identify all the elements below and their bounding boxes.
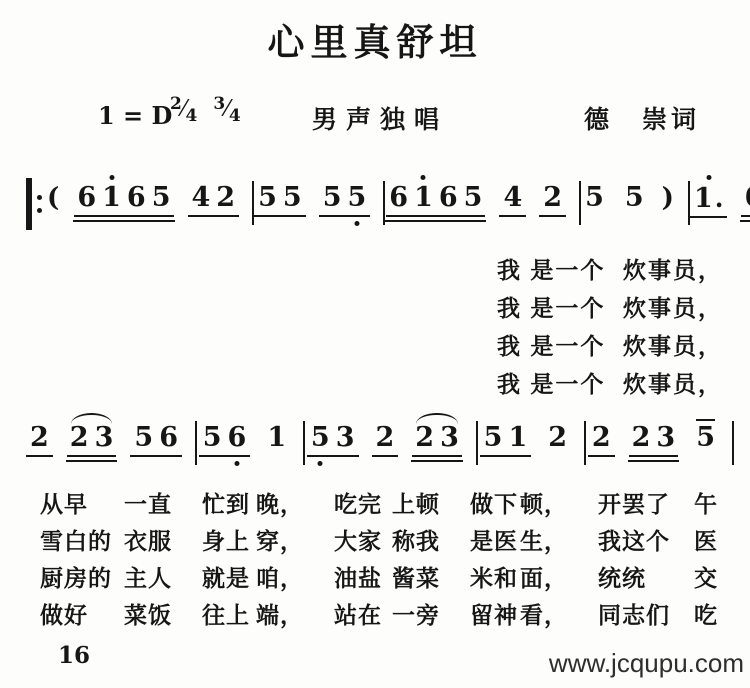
- meta-row: 1 = D 2⁄43⁄4 男声独唱 德 崇词: [0, 97, 750, 139]
- refrain-text: 炊事员，: [623, 366, 723, 396]
- beam-group: 2: [26, 424, 53, 457]
- lyric-word: 做下: [470, 490, 518, 518]
- note: 6: [225, 424, 250, 452]
- note: 1.: [691, 184, 727, 213]
- lyric-cell: 做下顿，: [470, 490, 568, 518]
- key-signature: 1 = D: [98, 101, 172, 130]
- music-system-1: (616542555561654255)1.6531653: [26, 184, 734, 244]
- note: 2: [629, 424, 654, 452]
- beam-group: 51: [480, 424, 532, 457]
- refrain-text: 我 是一个: [497, 290, 605, 320]
- page-number: 16: [58, 642, 90, 669]
- measure: 561: [199, 424, 305, 465]
- beam-group: 55: [254, 184, 306, 217]
- measure: 512: [480, 424, 586, 465]
- note: 5: [308, 424, 333, 452]
- second-beam: 23: [67, 424, 117, 457]
- lyric-word: 吃完: [334, 490, 382, 518]
- lyric-cell: 站在一旁: [334, 601, 440, 629]
- beam-group: 1: [263, 424, 290, 452]
- lyric-cell: 同志们吃: [598, 601, 718, 629]
- note: 2: [67, 424, 92, 452]
- refrain-row: 我 是一个 炊事员，: [497, 290, 723, 320]
- note: 3: [333, 424, 358, 452]
- lyric-word: 油盐: [334, 564, 382, 592]
- note: 5: [582, 184, 607, 212]
- lyric-word: 午: [694, 490, 718, 518]
- beam-group: 6165: [73, 184, 174, 222]
- beam-group: 53: [307, 424, 359, 457]
- lyric-cell: 吃完上顿: [334, 490, 440, 518]
- barline: [303, 421, 305, 465]
- lyric-cell: 开罢了午: [598, 490, 718, 518]
- note: 5: [255, 184, 280, 212]
- watermark-url: www.jcqupu.com: [549, 648, 744, 679]
- note: 3: [437, 424, 462, 452]
- performance-type: 男声独唱: [312, 100, 448, 136]
- lyric-cell: 就是咱，: [202, 564, 304, 592]
- lyric-word: 交: [694, 564, 718, 592]
- beam-group: 23: [66, 424, 118, 462]
- beam-group: 5: [692, 424, 719, 452]
- second-beam: 23: [412, 424, 462, 457]
- lyric-word: 是医: [470, 527, 518, 555]
- repeat-dots: [37, 195, 42, 213]
- lyric-cell: 做好菜饭: [40, 601, 172, 629]
- lyric-word: 称我: [392, 527, 440, 555]
- refrain-text: 我 是一个: [497, 252, 605, 282]
- note: 5: [280, 184, 305, 212]
- refrain-lyrics: 我 是一个 炊事员， 我 是一个 炊事员， 我 是一个 炊事员， 我 是一个 炊…: [497, 252, 723, 404]
- refrain-text: 炊事员，: [623, 290, 723, 320]
- lyric-cell: 忙到晚，: [202, 490, 304, 518]
- lyric-word: 雪白的: [40, 527, 112, 555]
- lyric-word: 我这个: [598, 527, 670, 555]
- lyric-cell: 统统交: [598, 564, 718, 592]
- lyric-word: 统统: [598, 564, 646, 592]
- lyric-word: 一直: [124, 490, 172, 518]
- lyric-cell: 米和面，: [470, 564, 568, 592]
- note: 5: [622, 184, 647, 212]
- augmentation-dot: .: [715, 184, 724, 213]
- measure: (616542: [46, 184, 254, 225]
- refrain-text: 我 是一个: [497, 366, 605, 396]
- note: 2: [213, 184, 238, 212]
- note: 2: [412, 424, 437, 452]
- beam-group: 2: [372, 424, 399, 457]
- beam-group: 2: [539, 184, 566, 217]
- note: 6: [74, 184, 99, 212]
- note: 5: [693, 424, 718, 452]
- lyric-word: 主人: [124, 564, 172, 592]
- refrain-text: 炊事员，: [623, 328, 723, 358]
- barline: [476, 421, 478, 465]
- lyric-word: 晚，: [256, 490, 304, 518]
- lyric-word: 往上: [202, 601, 250, 629]
- note: 5: [344, 184, 369, 212]
- note: 6: [741, 184, 750, 212]
- note: 2: [589, 424, 614, 452]
- measure: 53223: [307, 424, 478, 465]
- measure: 5555: [254, 184, 385, 225]
- lyric-word: 一旁: [392, 601, 440, 629]
- music-system-2: 22356561532235122235: [26, 424, 734, 484]
- beam-group: 23: [628, 424, 680, 462]
- second-beam: 6: [741, 184, 750, 217]
- beam-group: 5: [621, 184, 648, 212]
- lyric-word: 顿，: [520, 490, 568, 518]
- lyric-word: 衣服: [124, 527, 172, 555]
- lyric-word: 留神: [470, 601, 518, 629]
- note: 2: [373, 424, 398, 452]
- note: 6: [156, 424, 181, 452]
- beam-group: 2: [588, 424, 615, 457]
- second-beam: 23: [629, 424, 679, 457]
- note: 5: [149, 184, 174, 212]
- lyric-word: 菜饭: [124, 601, 172, 629]
- note: 3: [653, 424, 678, 452]
- note: 1: [411, 184, 436, 212]
- beam-group: 5: [581, 184, 608, 212]
- note: 2: [27, 424, 52, 452]
- note: 2: [540, 184, 565, 212]
- note: 2: [545, 424, 570, 452]
- repeat-sign-icon: [26, 178, 42, 230]
- lyric-cell: 雪白的衣服: [40, 527, 172, 555]
- note: 1: [99, 184, 124, 212]
- refrain-text: 我 是一个: [497, 328, 605, 358]
- note: 5: [131, 424, 156, 452]
- lyric-word: 穿，: [256, 527, 304, 555]
- second-beam: 6165: [74, 184, 173, 217]
- lyric-word: 米和: [470, 564, 518, 592]
- barline: [584, 421, 586, 465]
- measure: 2235: [588, 424, 734, 465]
- beam-group: 1.: [690, 184, 728, 218]
- lyric-word: 身上: [202, 527, 250, 555]
- lyric-word: 看，: [520, 601, 568, 629]
- lyric-word: 开罢了: [598, 490, 670, 518]
- lyrics-grid: 从早一直 忙到晚， 吃完上顿 做下顿， 开罢了午 雪白的衣服 身上穿， 大家称我…: [40, 490, 718, 629]
- lyric-word: 吃: [694, 601, 718, 629]
- beam-group: 55: [319, 184, 371, 217]
- lyric-word: 从早: [40, 490, 88, 518]
- lyric-cell: 是医生，: [470, 527, 568, 555]
- note: 4: [189, 184, 214, 212]
- measure: 616542: [385, 184, 581, 225]
- repeat-bar: [26, 178, 32, 230]
- sheet-music-page: 心里真舒坦 1 = D 2⁄43⁄4 男声独唱 德 崇词 (6165425555…: [0, 0, 750, 688]
- note: 6: [436, 184, 461, 212]
- time-signature: 2⁄4: [170, 97, 197, 122]
- lyric-word: 就是: [202, 564, 250, 592]
- lyric-cell: 留神看，: [470, 601, 568, 629]
- beam-group: 56: [199, 424, 251, 457]
- lyric-word: 同志们: [598, 601, 670, 629]
- beam-group: 42: [188, 184, 240, 217]
- note: 3: [92, 424, 117, 452]
- second-beam: 6165: [386, 184, 485, 217]
- lyric-word: 面，: [520, 564, 568, 592]
- refrain-row: 我 是一个 炊事员，: [497, 366, 723, 396]
- time-signature: 3⁄4: [213, 97, 240, 122]
- note: 5: [481, 424, 506, 452]
- lyric-word: 做好: [40, 601, 88, 629]
- note: 5: [320, 184, 345, 212]
- refrain-row: 我 是一个 炊事员，: [497, 252, 723, 282]
- refrain-row: 我 是一个 炊事员，: [497, 328, 723, 358]
- note: 1: [264, 424, 289, 452]
- beam-group: 6165: [385, 184, 486, 222]
- lyric-word: 站在: [334, 601, 382, 629]
- lyricist-credit: 德 崇词: [584, 100, 700, 136]
- beam-group: 6: [740, 184, 750, 222]
- lyric-word: 忙到: [202, 490, 250, 518]
- lyric-word: 厨房的: [40, 564, 112, 592]
- note: 5: [461, 184, 486, 212]
- lyric-word: 生，: [520, 527, 568, 555]
- parenthesis: (: [46, 184, 60, 213]
- refrain-text: 炊事员，: [623, 252, 723, 282]
- parenthesis: ): [661, 184, 675, 213]
- lyric-cell: 大家称我: [334, 527, 440, 555]
- note: 4: [500, 184, 525, 212]
- lyric-cell: 油盐酱菜: [334, 564, 440, 592]
- lyric-word: 大家: [334, 527, 382, 555]
- note: 6: [124, 184, 149, 212]
- lyric-word: 咱，: [256, 564, 304, 592]
- note: 5: [200, 424, 225, 452]
- lyric-cell: 我这个医: [598, 527, 718, 555]
- beam-group: 2: [544, 424, 571, 452]
- lyric-word: 端，: [256, 601, 304, 629]
- measure: 55): [581, 184, 690, 225]
- lyric-word: 酱菜: [392, 564, 440, 592]
- note: 6: [386, 184, 411, 212]
- lyric-cell: 厨房的主人: [40, 564, 172, 592]
- lyric-word: 上顿: [392, 490, 440, 518]
- beam-group: 23: [411, 424, 463, 462]
- note: 1: [505, 424, 530, 452]
- measure: 22356: [26, 424, 197, 465]
- lyric-word: 医: [694, 527, 718, 555]
- lyric-cell: 身上穿，: [202, 527, 304, 555]
- measure: 1.653: [690, 184, 750, 225]
- page-title: 心里真舒坦: [0, 12, 750, 66]
- beam-group: 56: [130, 424, 182, 457]
- beam-group: 4: [499, 184, 526, 217]
- barline: [732, 421, 734, 465]
- lyric-cell: 从早一直: [40, 490, 172, 518]
- time-signatures: 2⁄43⁄4: [170, 97, 241, 122]
- barline: [195, 421, 197, 465]
- lyric-cell: 往上端，: [202, 601, 304, 629]
